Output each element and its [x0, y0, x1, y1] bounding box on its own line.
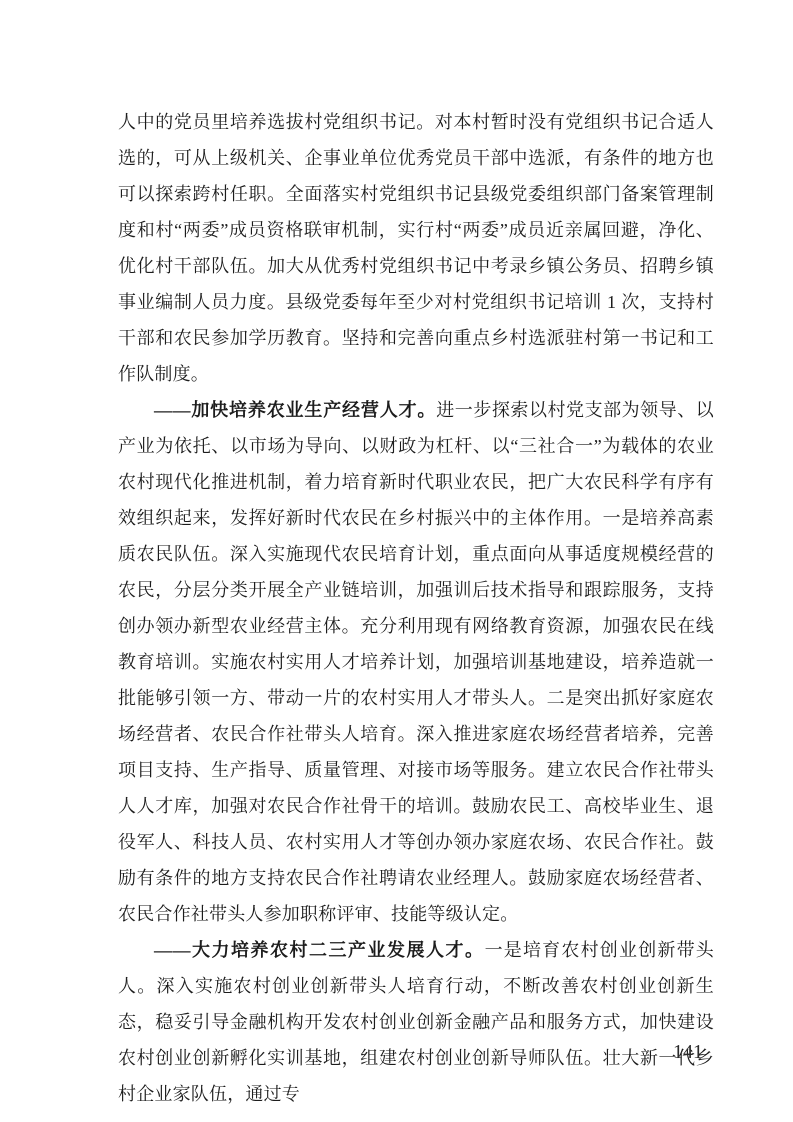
- paragraph-text: 一是培育农村创业创新带头人。深入实施农村创业创新带头人培育行动，不断改善农村创业…: [118, 940, 714, 1104]
- document-page: 人中的党员里培养选拔村党组织书记。对本村暂时没有党组织书记合适人选的，可从上级机…: [0, 0, 793, 1122]
- paragraph-agricultural-talent: ——加快培养农业生产经营人才。进一步探索以村党支部为领导、以产业为依托、以市场为…: [118, 392, 714, 932]
- paragraph-lead-bold: ——大力培养农村二三产业发展人才。: [154, 940, 485, 960]
- paragraph-industry-talent: ——大力培养农村二三产业发展人才。一是培育农村创业创新带头人。深入实施农村创业创…: [118, 932, 714, 1112]
- paragraph-lead-bold: ——加快培养农业生产经营人才。: [154, 400, 436, 420]
- text-block: 人中的党员里培养选拔村党组织书记。对本村暂时没有党组织书记合适人选的，可从上级机…: [118, 104, 714, 1112]
- paragraph-text: 人中的党员里培养选拔村党组织书记。对本村暂时没有党组织书记合适人选的，可从上级机…: [118, 112, 714, 384]
- paragraph-continuation: 人中的党员里培养选拔村党组织书记。对本村暂时没有党组织书记合适人选的，可从上级机…: [118, 104, 714, 392]
- paragraph-text: 进一步探索以村党支部为领导、以产业为依托、以市场为导向、以财政为杠杆、以“三社合…: [118, 400, 714, 924]
- page-number: 141: [668, 1040, 708, 1064]
